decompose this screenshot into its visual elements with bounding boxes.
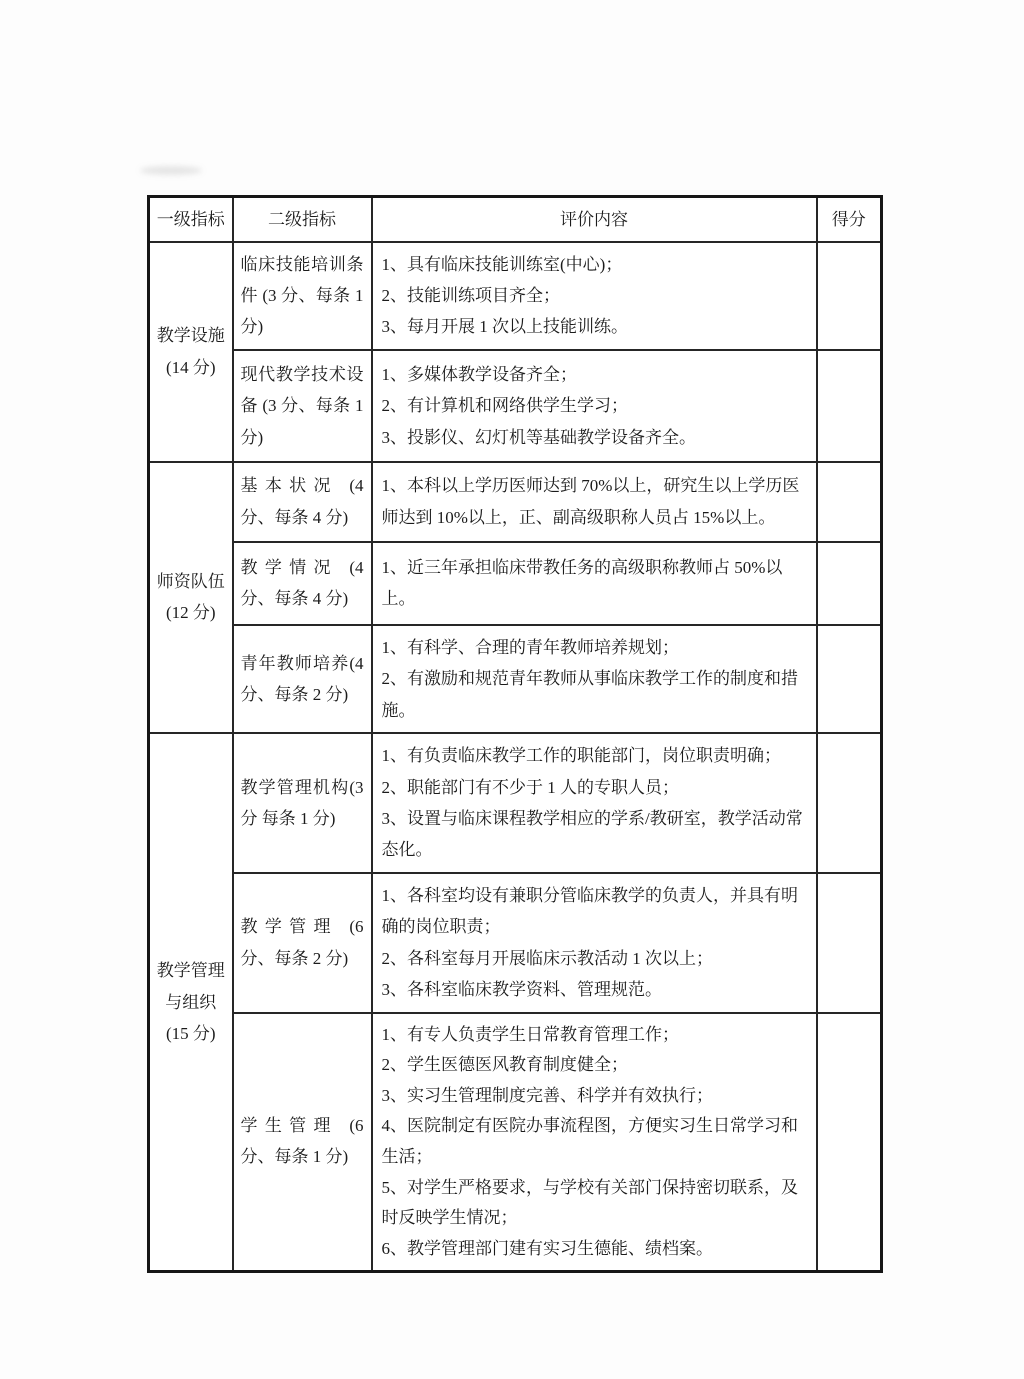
level2-cell-teaching-situation: 教学情况 (4 分、每条 4 分) xyxy=(233,542,372,625)
level2-cell-young-teacher-training: 青年教师培养(4 分、每条 2 分) xyxy=(233,625,372,733)
level1-cell-faculty-team: 师资队伍 (12 分) xyxy=(149,462,233,733)
level1-cell-teaching-facilities: 教学设施 (14 分) xyxy=(149,242,233,462)
content-cell: 1、有科学、合理的青年教师培养规划； 2、有激励和规范青年教师从事临床教学工作的… xyxy=(372,625,817,733)
score-cell xyxy=(817,625,882,733)
score-cell xyxy=(817,1013,882,1272)
content-cell: 1、本科以上学历医师达到 70%以上，研究生以上学历医师达到 10%以上，正、副… xyxy=(372,462,817,542)
table-row: 师资队伍 (12 分) 基本状况 (4 分、每条 4 分) 1、本科以上学历医师… xyxy=(149,462,882,542)
table-row: 现代教学技术设备 (3 分、每条 1 分) 1、多媒体教学设备齐全； 2、有计算… xyxy=(149,350,882,462)
table-row: 青年教师培养(4 分、每条 2 分) 1、有科学、合理的青年教师培养规划； 2、… xyxy=(149,625,882,733)
content-cell: 1、具有临床技能训练室(中心)； 2、技能训练项目齐全； 3、每月开展 1 次以… xyxy=(372,242,817,350)
table-row: 教学管理 与组织 (15 分) 教学管理机构(3 分 每条 1 分) 1、有负责… xyxy=(149,733,882,873)
evaluation-table: 一级指标 二级指标 评价内容 得分 教学设施 (14 分) 临床技能培训条件 (… xyxy=(147,195,883,1273)
level2-cell-teaching-management-agency: 教学管理机构(3 分 每条 1 分) xyxy=(233,733,372,873)
content-cell: 1、近三年承担临床带教任务的高级职称教师占 50%以上。 xyxy=(372,542,817,625)
level1-cell-teaching-management-organization: 教学管理 与组织 (15 分) xyxy=(149,733,233,1272)
column-header-level2-indicator: 二级指标 xyxy=(233,197,372,242)
column-header-evaluation-content: 评价内容 xyxy=(372,197,817,242)
score-cell xyxy=(817,542,882,625)
table-row: 教学管理 (6 分、每条 2 分) 1、各科室均设有兼职分管临床教学的负责人，并… xyxy=(149,873,882,1013)
score-cell xyxy=(817,873,882,1013)
score-cell xyxy=(817,242,882,350)
score-cell xyxy=(817,733,882,873)
content-cell: 1、各科室均设有兼职分管临床教学的负责人，并具有明确的岗位职责； 2、各科室每月… xyxy=(372,873,817,1013)
table-header-row: 一级指标 二级指标 评价内容 得分 xyxy=(149,197,882,242)
level2-cell-modern-teaching-equipment: 现代教学技术设备 (3 分、每条 1 分) xyxy=(233,350,372,462)
level2-cell-teaching-management: 教学管理 (6 分、每条 2 分) xyxy=(233,873,372,1013)
content-cell: 1、多媒体教学设备齐全； 2、有计算机和网络供学生学习； 3、投影仪、幻灯机等基… xyxy=(372,350,817,462)
table-row: 学生管理 (6 分、每条 1 分) 1、有专人负责学生日常教育管理工作； 2、学… xyxy=(149,1013,882,1272)
score-cell xyxy=(817,350,882,462)
level2-cell-student-management: 学生管理 (6 分、每条 1 分) xyxy=(233,1013,372,1272)
content-cell: 1、有负责临床教学工作的职能部门，岗位职责明确； 2、职能部门有不少于 1 人的… xyxy=(372,733,817,873)
column-header-level1-indicator: 一级指标 xyxy=(149,197,233,242)
document-page: 一级指标 二级指标 评价内容 得分 教学设施 (14 分) 临床技能培训条件 (… xyxy=(0,0,1024,1379)
score-cell xyxy=(817,462,882,542)
scan-smudge-artifact xyxy=(140,166,202,175)
level2-cell-clinical-skill-training: 临床技能培训条件 (3 分、每条 1 分) xyxy=(233,242,372,350)
table-row: 教学情况 (4 分、每条 4 分) 1、近三年承担临床带教任务的高级职称教师占 … xyxy=(149,542,882,625)
level2-cell-basic-status: 基本状况 (4 分、每条 4 分) xyxy=(233,462,372,542)
column-header-score: 得分 xyxy=(817,197,882,242)
table-row: 教学设施 (14 分) 临床技能培训条件 (3 分、每条 1 分) 1、具有临床… xyxy=(149,242,882,350)
content-cell: 1、有专人负责学生日常教育管理工作； 2、学生医德医风教育制度健全； 3、实习生… xyxy=(372,1013,817,1272)
